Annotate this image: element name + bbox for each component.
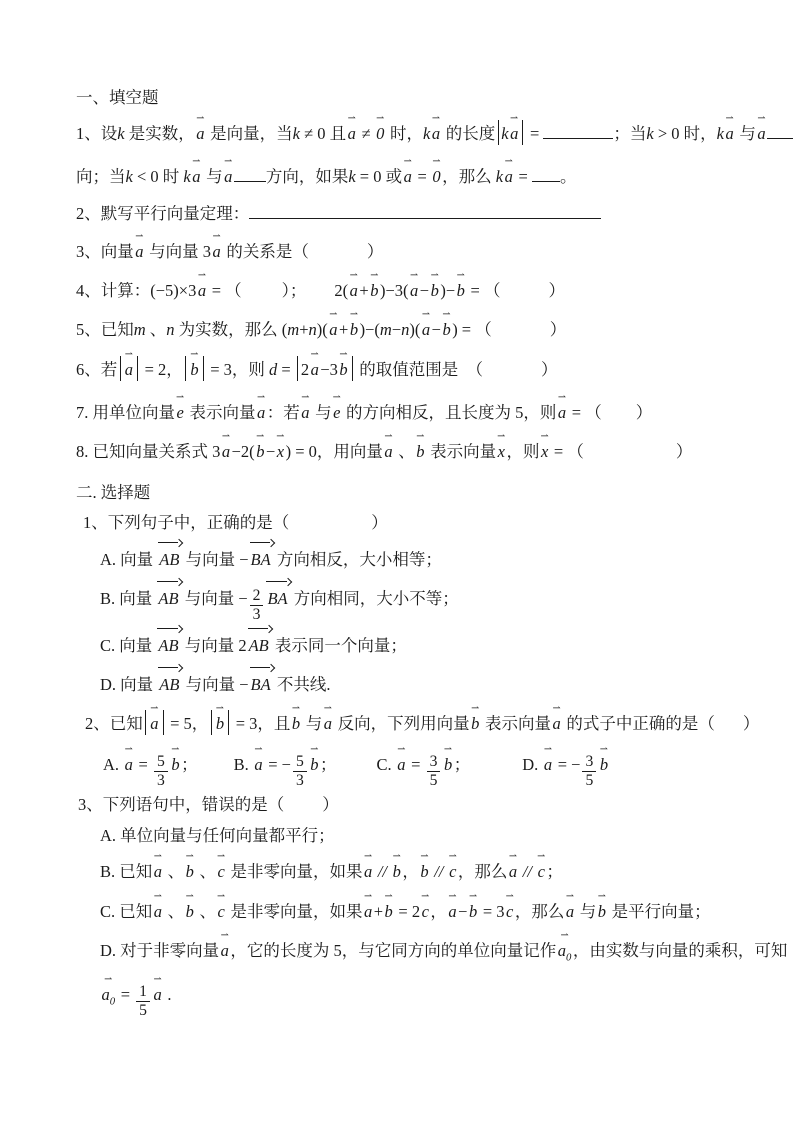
vector-letters: BA	[251, 550, 271, 569]
vector-symbol: a⇀	[191, 163, 202, 190]
vector-letter: b	[393, 862, 401, 881]
vector-letter: a	[154, 862, 162, 881]
text-run: 、	[164, 902, 185, 921]
fraction: 53	[293, 753, 307, 789]
text-run: ，那么	[515, 902, 565, 921]
vector-arrow-icon: ⇀	[176, 393, 184, 403]
vector-arrow-icon: ⇀	[444, 745, 452, 755]
vector-symbol: a⇀	[219, 937, 230, 964]
text-run: 2(	[334, 281, 348, 300]
text-run: 时，	[386, 124, 423, 143]
vector-arrow-head	[266, 538, 274, 546]
vector-symbol: b⇀	[441, 316, 452, 343]
text-run: 是平行向量；	[608, 902, 711, 921]
vector-symbol: a⇀	[556, 399, 567, 426]
line-mc3-option-a: A. 单位向量与任何向量都平行；	[100, 822, 335, 849]
vector-arrow-icon: ⇀	[385, 892, 393, 902]
vector-symbol: c⇀	[505, 898, 515, 925]
text-run: = （	[568, 403, 602, 422]
vector-arrow-icon: ⇀	[192, 157, 200, 167]
text-run: = −	[554, 755, 581, 774]
text-run: ；	[454, 755, 471, 774]
absolute-value-bar	[352, 356, 353, 381]
vector-arrow-icon: ⇀	[150, 704, 158, 714]
vector-arrow-icon: ⇀	[370, 271, 378, 281]
vector-symbol: x⇀	[275, 438, 285, 465]
text-run: 与向量 −	[181, 550, 248, 569]
vector-symbol: b⇀	[184, 858, 195, 885]
vector-arrow-head	[174, 624, 182, 632]
vector-letter: b	[598, 902, 606, 921]
vector-letter: a	[448, 902, 456, 921]
vector-arrow-icon: ⇀	[153, 975, 161, 985]
line-mc3-option-d-line1: D. 对于非零向量a⇀，它的长度为 5，与它同方向的单位向量记作a0⇀，由实数与…	[100, 937, 787, 971]
line-mc3-option-b: B. 已知a⇀ 、b⇀ 、c⇀ 是非零向量，如果a⇀ // b⇀，b⇀ // c…	[100, 858, 563, 885]
vector-arrow-icon: ⇀	[348, 114, 356, 124]
vector-arrow-icon: ⇀	[410, 271, 418, 281]
text-run: 表示向量	[426, 442, 496, 461]
vector-letter: a	[348, 124, 356, 143]
vector-arrow-icon: ⇀	[339, 350, 347, 360]
vector-arrow-icon: ⇀	[471, 704, 479, 714]
vector-symbol: c⇀	[216, 858, 226, 885]
text-run: = −	[264, 755, 291, 774]
absolute-value-bar	[211, 710, 212, 735]
vector-arrow-icon: ⇀	[310, 745, 318, 755]
vector-arrow-icon: ⇀	[397, 745, 405, 755]
vector-letter: a	[553, 714, 561, 733]
vector-arrow-icon: ⇀	[254, 745, 262, 755]
text-run: 的取值范围是 （	[355, 360, 483, 379]
math-symbol: k	[717, 124, 724, 143]
text-run: −	[266, 442, 275, 461]
vector-symbol-double: AB	[247, 632, 271, 659]
vector-symbol: a⇀	[362, 898, 373, 925]
line-q5: 5、已知m 、n 为实数，那么 (m+n)(a⇀+b⇀)−(m−n)(a⇀−b⇀…	[76, 316, 566, 343]
vector-letter: b	[469, 902, 477, 921]
text-run: = 3	[479, 902, 505, 921]
math-symbol: k	[117, 124, 124, 143]
vector-arrow-icon: ⇀	[393, 852, 401, 862]
text-run: > 0 时，	[654, 124, 717, 143]
vector-arrow-icon: ⇀	[544, 745, 552, 755]
vector-letter: b	[600, 755, 608, 774]
vector-arrow-icon: ⇀	[256, 432, 264, 442]
vector-symbol: a⇀	[253, 751, 264, 778]
text-run: ）	[367, 242, 384, 261]
text-run: 是向量，当	[206, 124, 293, 143]
vector-letters: AB	[159, 550, 179, 569]
vector-arrow-icon: ⇀	[600, 745, 608, 755]
text-run: 不共线.	[273, 675, 331, 694]
vector-symbol: a⇀	[509, 120, 520, 147]
vector-arrow-head	[264, 624, 272, 632]
vector-arrow-icon: ⇀	[457, 271, 465, 281]
text-run: D. 向量	[100, 675, 157, 694]
vector-symbol: 0⇀	[375, 120, 386, 147]
text-run: −	[420, 281, 429, 300]
math-symbol: //	[374, 862, 391, 881]
vector-arrow-icon: ⇀	[376, 114, 384, 124]
vector-arrow-icon: ⇀	[725, 114, 733, 124]
vector-arrow-icon: ⇀	[420, 852, 428, 862]
text-run: +	[374, 902, 383, 921]
vector-arrow-head	[175, 663, 183, 671]
text-run: 与	[576, 902, 597, 921]
vector-arrow-icon: ⇀	[171, 745, 179, 755]
text-run: +	[299, 320, 308, 339]
math-symbol: k	[348, 167, 355, 186]
vector-arrow-icon: ⇀	[540, 432, 548, 442]
vector-letter: a	[196, 124, 204, 143]
line-mc1-option-a: A. 向量 AB 与向量 −BA 方向相反，大小相等；	[100, 546, 442, 573]
vector-symbol: c⇀	[536, 858, 546, 885]
text-run: 表示向量	[185, 403, 255, 422]
text-run: 5、已知	[76, 320, 134, 339]
text-run: A.	[103, 755, 123, 774]
math-symbol: m	[380, 320, 392, 339]
text-run: ）	[676, 442, 693, 461]
vector-symbol: b⇀	[467, 898, 478, 925]
text-run: +	[339, 320, 348, 339]
vector-arrow-icon: ⇀	[350, 271, 358, 281]
math-symbol: k	[501, 124, 508, 143]
vector-arrow-icon: ⇀	[509, 852, 517, 862]
text-run: −2(	[232, 442, 255, 461]
vector-symbol: a⇀	[346, 120, 357, 147]
vector-symbol: a⇀	[564, 898, 575, 925]
text-run: = （	[466, 281, 500, 300]
vector-symbol: a⇀	[196, 277, 207, 304]
vector-symbol: b⇀	[170, 751, 181, 778]
text-run: B. 向量	[100, 589, 156, 608]
vector-letter: a	[725, 124, 733, 143]
text-run: 方向相反，大小相等；	[273, 550, 442, 569]
text-run: 一、填空题	[76, 88, 159, 107]
vector-letter: a	[509, 862, 517, 881]
vector-symbol: b⇀	[338, 356, 349, 383]
vector-letter: a	[510, 124, 518, 143]
vector-arrow-icon: ⇀	[125, 350, 133, 360]
line-q1-line2: 向；当k < 0 时 ka⇀ 与a⇀方向，如果k = 0 或a⇀ = 0⇀，那么…	[76, 163, 576, 190]
vector-symbol: a⇀	[220, 438, 231, 465]
vector-arrow-icon: ⇀	[537, 852, 545, 862]
line-mc1-option-d: D. 向量 AB 与向量 −BA 不共线.	[100, 671, 330, 698]
vector-symbol: b⇀	[348, 316, 359, 343]
text-run: ，那么	[442, 167, 496, 186]
vector-symbol: a⇀	[503, 163, 514, 190]
text-run: ）	[548, 281, 565, 300]
text-run: ）	[743, 714, 760, 733]
text-run: 。	[560, 167, 577, 186]
vector-symbol: a⇀	[223, 163, 234, 190]
vector-letter: b	[292, 714, 300, 733]
vector-arrow-icon: ⇀	[333, 393, 341, 403]
text-run: C. 向量	[100, 636, 156, 655]
vector-letter: b	[370, 281, 378, 300]
fraction-denominator: 5	[136, 1002, 150, 1020]
fraction-denominator: 3	[250, 606, 264, 624]
vector-arrow-icon: ⇀	[442, 310, 450, 320]
vector-symbol: a⇀	[724, 120, 735, 147]
math-symbol: k	[496, 167, 503, 186]
vector-symbol: a0⇀	[556, 937, 573, 971]
vector-symbol-double: AB	[157, 546, 181, 573]
math-symbol: k	[423, 124, 430, 143]
text-run: ，则	[506, 442, 539, 461]
vector-letter: a	[257, 403, 265, 422]
vector-letter: a	[154, 985, 162, 1004]
fraction-numerator: 2	[250, 587, 264, 606]
vector-arrow-icon: ⇀	[421, 892, 429, 902]
text-run: )−3(	[380, 281, 409, 300]
math-symbol: m	[134, 320, 146, 339]
text-run: 7. 用单位向量	[76, 403, 175, 422]
vector-letter: a	[422, 320, 430, 339]
absolute-value-bar	[228, 710, 229, 735]
line-q6: 6、若a⇀ = 2，b⇀ = 3，则 d = 2a⇀−3b⇀ 的取值范围是 （）	[76, 356, 558, 383]
vector-symbol: b⇀	[415, 438, 426, 465]
vector-subscript: 0	[110, 995, 115, 1007]
text-run: ）	[322, 795, 339, 814]
vector-arrow-icon: ⇀	[329, 310, 337, 320]
text-run: )−	[440, 281, 455, 300]
text-run: ，它的长度为 5，与它同方向的单位向量记作	[230, 941, 556, 960]
vector-arrow-icon: ⇀	[416, 432, 424, 442]
vector-symbol: a⇀	[255, 399, 266, 426]
vector-arrow-icon: ⇀	[757, 114, 765, 124]
text-run: 二. 选择题	[76, 483, 150, 502]
text-run: −	[392, 320, 401, 339]
text-run: = 2，	[141, 360, 183, 379]
fraction-numerator: 5	[154, 753, 168, 772]
vector-letters: AB	[158, 636, 178, 655]
vector-arrow-icon: ⇀	[449, 852, 457, 862]
math-symbol: d	[269, 360, 277, 379]
text-run: =	[277, 360, 295, 379]
vector-symbol: a⇀	[447, 898, 458, 925]
vector-arrow-icon: ⇀	[506, 892, 514, 902]
text-run: =	[407, 755, 425, 774]
vector-arrow-icon: ⇀	[217, 852, 225, 862]
vector-symbol: b⇀	[429, 277, 440, 304]
text-run: )(	[409, 320, 420, 339]
vector-letter: b	[385, 902, 393, 921]
text-run: = 3，则	[206, 360, 269, 379]
vector-arrow-icon: ⇀	[224, 157, 232, 167]
vector-letter: b	[457, 281, 465, 300]
vector-symbol: c⇀	[216, 898, 226, 925]
vector-arrow-icon: ⇀	[257, 393, 265, 403]
vector-symbol-double: AB	[156, 585, 180, 612]
text-run: = 5，	[166, 714, 208, 733]
text-run: ；	[320, 755, 337, 774]
vector-letters: BA	[267, 589, 287, 608]
absolute-value-bar	[163, 710, 164, 735]
vector-symbol: a⇀	[348, 277, 359, 304]
text-run: 方向，如果	[266, 167, 349, 186]
text-run: ；当	[613, 124, 646, 143]
vector-arrow-icon: ⇀	[404, 157, 412, 167]
absolute-value-bar	[145, 710, 146, 735]
vector-letter: a	[566, 902, 574, 921]
text-run: 表示同一个向量；	[271, 636, 407, 655]
vector-arrow-icon: ⇀	[448, 892, 456, 902]
vector-letter: a	[213, 242, 221, 261]
math-symbol: //	[430, 862, 447, 881]
vector-symbol: a⇀	[300, 399, 311, 426]
fraction: 53	[154, 753, 168, 789]
vector-arrow-icon: ⇀	[560, 931, 568, 941]
vector-letter: b	[431, 281, 439, 300]
vector-letter: b	[186, 902, 194, 921]
line-q1-line1: 1、设k 是实数，a⇀ 是向量，当k ≠ 0 且a⇀ ≠ 0⇀ 时，ka⇀ 的长…	[76, 120, 793, 147]
vector-symbol: b⇀	[290, 710, 301, 737]
vector-symbol: e⇀	[175, 399, 185, 426]
text-run: 的关系是（	[222, 242, 309, 261]
text-run: 与	[311, 403, 332, 422]
fraction-denominator: 5	[582, 772, 596, 790]
text-run: −	[432, 320, 441, 339]
vector-symbol: a⇀	[402, 163, 413, 190]
vector-arrow-icon: ⇀	[350, 310, 358, 320]
vector-letter: b	[444, 755, 452, 774]
vector-symbol: a⇀	[152, 898, 163, 925]
fraction-numerator: 3	[582, 753, 596, 772]
text-run: 1、下列句子中，正确的是（	[83, 513, 289, 532]
vector-arrow-icon: ⇀	[198, 271, 206, 281]
text-run: 与	[202, 167, 223, 186]
text-run: =	[514, 167, 532, 186]
math-symbol: k	[293, 124, 300, 143]
vector-symbol: a⇀	[309, 356, 320, 383]
answer-blank	[249, 216, 601, 219]
vector-letter: x	[498, 442, 505, 461]
line-mc1-option-c: C. 向量 AB 与向量 2AB 表示同一个向量；	[100, 632, 407, 659]
vector-symbol: b⇀	[596, 898, 607, 925]
vector-symbol: b⇀	[309, 751, 320, 778]
vector-symbol: 0⇀	[431, 163, 442, 190]
text-run: ）	[636, 403, 653, 422]
vector-symbol: b⇀	[255, 438, 266, 465]
vector-letter: a	[125, 360, 133, 379]
vector-symbol: a⇀	[322, 710, 333, 737]
absolute-value-bar	[498, 120, 499, 145]
text-run: ，那么	[458, 862, 508, 881]
text-run: 的长度	[442, 124, 496, 143]
text-run: 反向，下列用向量	[334, 714, 470, 733]
vector-symbol-double: BA	[265, 585, 289, 612]
math-symbol: //	[519, 862, 536, 881]
text-run: A. 向量	[100, 550, 157, 569]
vector-letters: AB	[158, 589, 178, 608]
text-run: ) = （	[452, 320, 492, 339]
vector-letter: a	[125, 755, 133, 774]
vector-arrow-icon: ⇀	[292, 704, 300, 714]
vector-letter: b	[442, 320, 450, 339]
vector-letter: b	[339, 360, 347, 379]
vector-symbol: a⇀	[195, 120, 206, 147]
text-run: ) = 0，用向量	[286, 442, 383, 461]
vector-letter: e	[333, 403, 340, 422]
fraction: 35	[582, 753, 596, 789]
vector-symbol: e⇀	[332, 399, 342, 426]
fraction: 35	[427, 753, 441, 789]
vector-symbol: a⇀	[152, 981, 163, 1008]
absolute-value-bar	[203, 356, 204, 381]
text-run: 3、下列语句中，错误的是（	[78, 795, 284, 814]
vector-letter: c	[422, 902, 429, 921]
vector-arrow-icon: ⇀	[216, 704, 224, 714]
vector-letter: a	[135, 242, 143, 261]
text-run: =	[134, 755, 152, 774]
vector-symbol: b⇀	[455, 277, 466, 304]
line-mc1: 1、下列句子中，正确的是（）	[83, 509, 388, 536]
text-run: D. 对于非零向量	[100, 941, 219, 960]
fraction-denominator: 3	[293, 772, 307, 790]
text-run: 、	[164, 862, 185, 881]
vector-symbol: a⇀	[152, 858, 163, 885]
text-run: 与	[302, 714, 323, 733]
text-run: ：若	[267, 403, 300, 422]
vector-letter: b	[186, 862, 194, 881]
vector-symbol: a⇀	[383, 438, 394, 465]
line-section1-heading: 一、填空题	[76, 84, 159, 111]
vector-arrow-icon: ⇀	[154, 892, 162, 902]
vector-symbol: a⇀	[362, 858, 373, 885]
vector-arrow-head	[266, 663, 274, 671]
vector-arrow-icon: ⇀	[222, 432, 230, 442]
absolute-value-bar	[297, 356, 298, 381]
vector-arrow-icon: ⇀	[558, 393, 566, 403]
text-run: 与向量 −	[181, 675, 248, 694]
text-run: 2、已知	[85, 714, 143, 733]
text-run: 的方向相反，且长度为 5，则	[342, 403, 557, 422]
vector-symbol: a⇀	[123, 356, 134, 383]
vector-arrow-icon: ⇀	[422, 310, 430, 320]
fraction-numerator: 5	[293, 753, 307, 772]
vector-symbol-double: AB	[156, 632, 180, 659]
fraction: 23	[250, 587, 264, 623]
line-q2: 2、默写平行向量定理：	[76, 200, 601, 227]
answer-blank	[532, 179, 560, 182]
text-run: )(	[317, 320, 328, 339]
vector-symbol: a⇀	[328, 316, 339, 343]
vector-letter: b	[310, 755, 318, 774]
line-section2-heading: 二. 选择题	[76, 479, 150, 506]
vector-symbol-double: BA	[249, 671, 273, 698]
vector-arrow-icon: ⇀	[364, 852, 372, 862]
vector-arrow-icon: ⇀	[135, 232, 143, 242]
vector-letters: AB	[159, 675, 179, 694]
vector-symbol: b⇀	[189, 356, 200, 383]
vector-arrow-icon: ⇀	[598, 892, 606, 902]
vector-letter: a	[324, 714, 332, 733]
vector-letter: b	[190, 360, 198, 379]
vector-arrow-icon: ⇀	[221, 931, 229, 941]
text-run: 表示向量	[481, 714, 551, 733]
vector-arrow-icon: ⇀	[497, 432, 505, 442]
vector-letter: a	[311, 360, 319, 379]
vector-letter: a	[254, 755, 262, 774]
vector-letter: a	[558, 941, 566, 960]
vector-symbol: b⇀	[369, 277, 380, 304]
absolute-value-bar	[120, 356, 121, 381]
text-run: 、	[195, 862, 216, 881]
vector-letter: 0	[432, 167, 440, 186]
line-mc3-option-d-line2: a0⇀ = 15a⇀ .	[100, 981, 172, 1019]
vector-symbol-double: AB	[157, 671, 181, 698]
